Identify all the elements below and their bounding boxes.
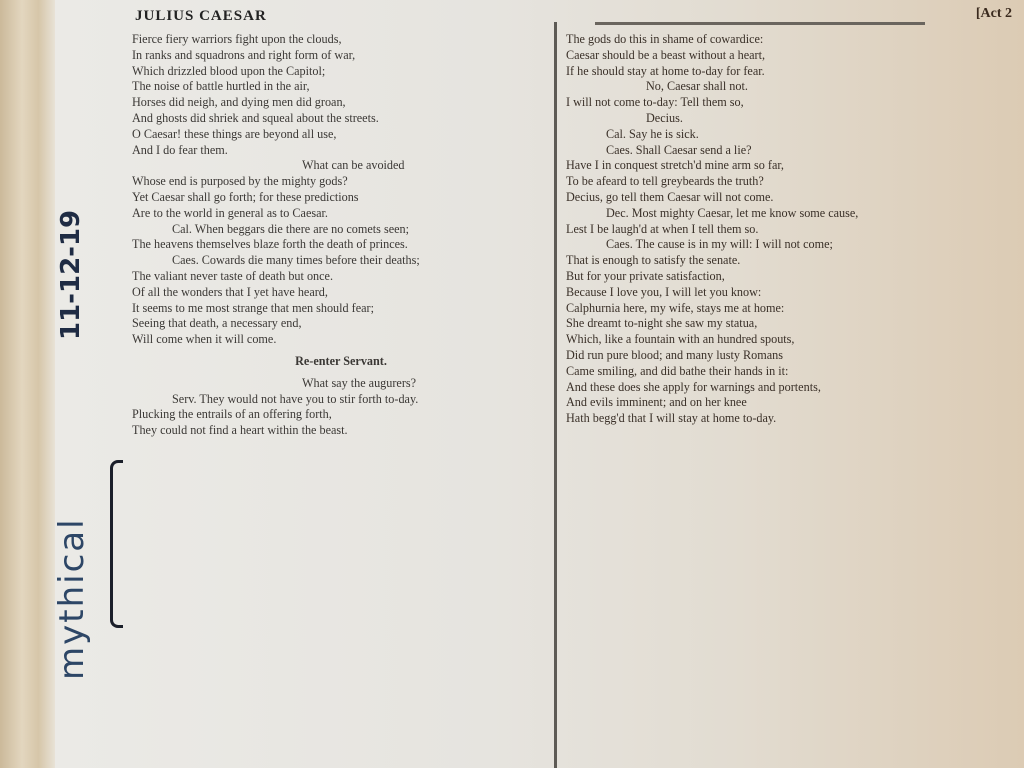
text-line: And I do fear them.: [132, 143, 550, 159]
text-line: Hath begg'd that I will stay at home to-…: [566, 411, 1006, 427]
text-line: Plucking the entrails of an offering for…: [132, 407, 550, 423]
text-line: It seems to me most strange that men sho…: [132, 301, 550, 317]
text-line: I will not come to-day: Tell them so,: [566, 95, 1006, 111]
text-line: Dec. Most mighty Caesar, let me know som…: [566, 206, 1006, 222]
text-line: Have I in conquest stretch'd mine arm so…: [566, 158, 1006, 174]
text-line: Serv. They would not have you to stir fo…: [132, 392, 550, 408]
text-line: If he should stay at home to-day for fea…: [566, 64, 1006, 80]
text-line: Cal. When beggars die there are no comet…: [132, 222, 550, 238]
text-line: And these does she apply for warnings an…: [566, 380, 1006, 396]
text-line: What can be avoided: [132, 158, 550, 174]
text-line: Are to the world in general as to Caesar…: [132, 206, 550, 222]
text-line: Decius, go tell them Caesar will not com…: [566, 190, 1006, 206]
text-line: Caes. Shall Caesar send a lie?: [566, 143, 1006, 159]
left-text-column: Fierce fiery warriors fight upon the clo…: [132, 32, 550, 439]
text-line: The noise of battle hurtled in the air,: [132, 79, 550, 95]
text-line: Caesar should be a beast without a heart…: [566, 48, 1006, 64]
text-line: Because I love you, I will let you know:: [566, 285, 1006, 301]
text-line: To be afeard to tell greybeards the trut…: [566, 174, 1006, 190]
text-line: That is enough to satisfy the senate.: [566, 253, 1006, 269]
text-line: Caes. The cause is in my will: I will no…: [566, 237, 1006, 253]
running-head-left: JULIUS CAESAR: [135, 8, 267, 25]
text-line: Will come when it will come.: [132, 332, 550, 348]
column-divider: [554, 22, 557, 768]
text-line: They could not find a heart within the b…: [132, 423, 550, 439]
text-line: Re-enter Servant.: [132, 354, 550, 370]
text-line: Seeing that death, a necessary end,: [132, 316, 550, 332]
running-head-right: [Act 2: [976, 6, 1012, 22]
text-line: No, Caesar shall not.: [566, 79, 1006, 95]
text-line: And evils imminent; and on her knee: [566, 395, 1006, 411]
text-line: The valiant never taste of death but onc…: [132, 269, 550, 285]
text-line: What say the augurers?: [132, 376, 550, 392]
text-line: In ranks and squadrons and right form of…: [132, 48, 550, 64]
text-line: Yet Caesar shall go forth; for these pre…: [132, 190, 550, 206]
text-line: Fierce fiery warriors fight upon the clo…: [132, 32, 550, 48]
text-line: The gods do this in shame of cowardice:: [566, 32, 1006, 48]
text-line: Whose end is purposed by the mighty gods…: [132, 174, 550, 190]
text-line: Decius.: [566, 111, 1006, 127]
book-spine: [0, 0, 55, 768]
text-line: And ghosts did shriek and squeal about t…: [132, 111, 550, 127]
text-line: O Caesar! these things are beyond all us…: [132, 127, 550, 143]
header-rule: [595, 22, 925, 25]
text-line: Did run pure blood; and many lusty Roman…: [566, 348, 1006, 364]
text-line: The heavens themselves blaze forth the d…: [132, 237, 550, 253]
text-line: Which, like a fountain with an hundred s…: [566, 332, 1006, 348]
text-line: Came smiling, and did bathe their hands …: [566, 364, 1006, 380]
handwritten-bracket: [110, 460, 123, 628]
text-line: Caes. Cowards die many times before thei…: [132, 253, 550, 269]
text-line: Which drizzled blood upon the Capitol;: [132, 64, 550, 80]
text-line: Calphurnia here, my wife, stays me at ho…: [566, 301, 1006, 317]
text-line: Cal. Say he is sick.: [566, 127, 1006, 143]
text-line: But for your private satisfaction,: [566, 269, 1006, 285]
text-line: Of all the wonders that I yet have heard…: [132, 285, 550, 301]
text-line: Lest I be laugh'd at when I tell them so…: [566, 222, 1006, 238]
handwritten-word-note: mythical: [52, 517, 92, 680]
text-line: She dreamt to-night she saw my statua,: [566, 316, 1006, 332]
handwritten-date-note: 11-12-19: [56, 210, 86, 340]
right-text-column: The gods do this in shame of cowardice:C…: [566, 32, 1006, 427]
text-line: Horses did neigh, and dying men did groa…: [132, 95, 550, 111]
